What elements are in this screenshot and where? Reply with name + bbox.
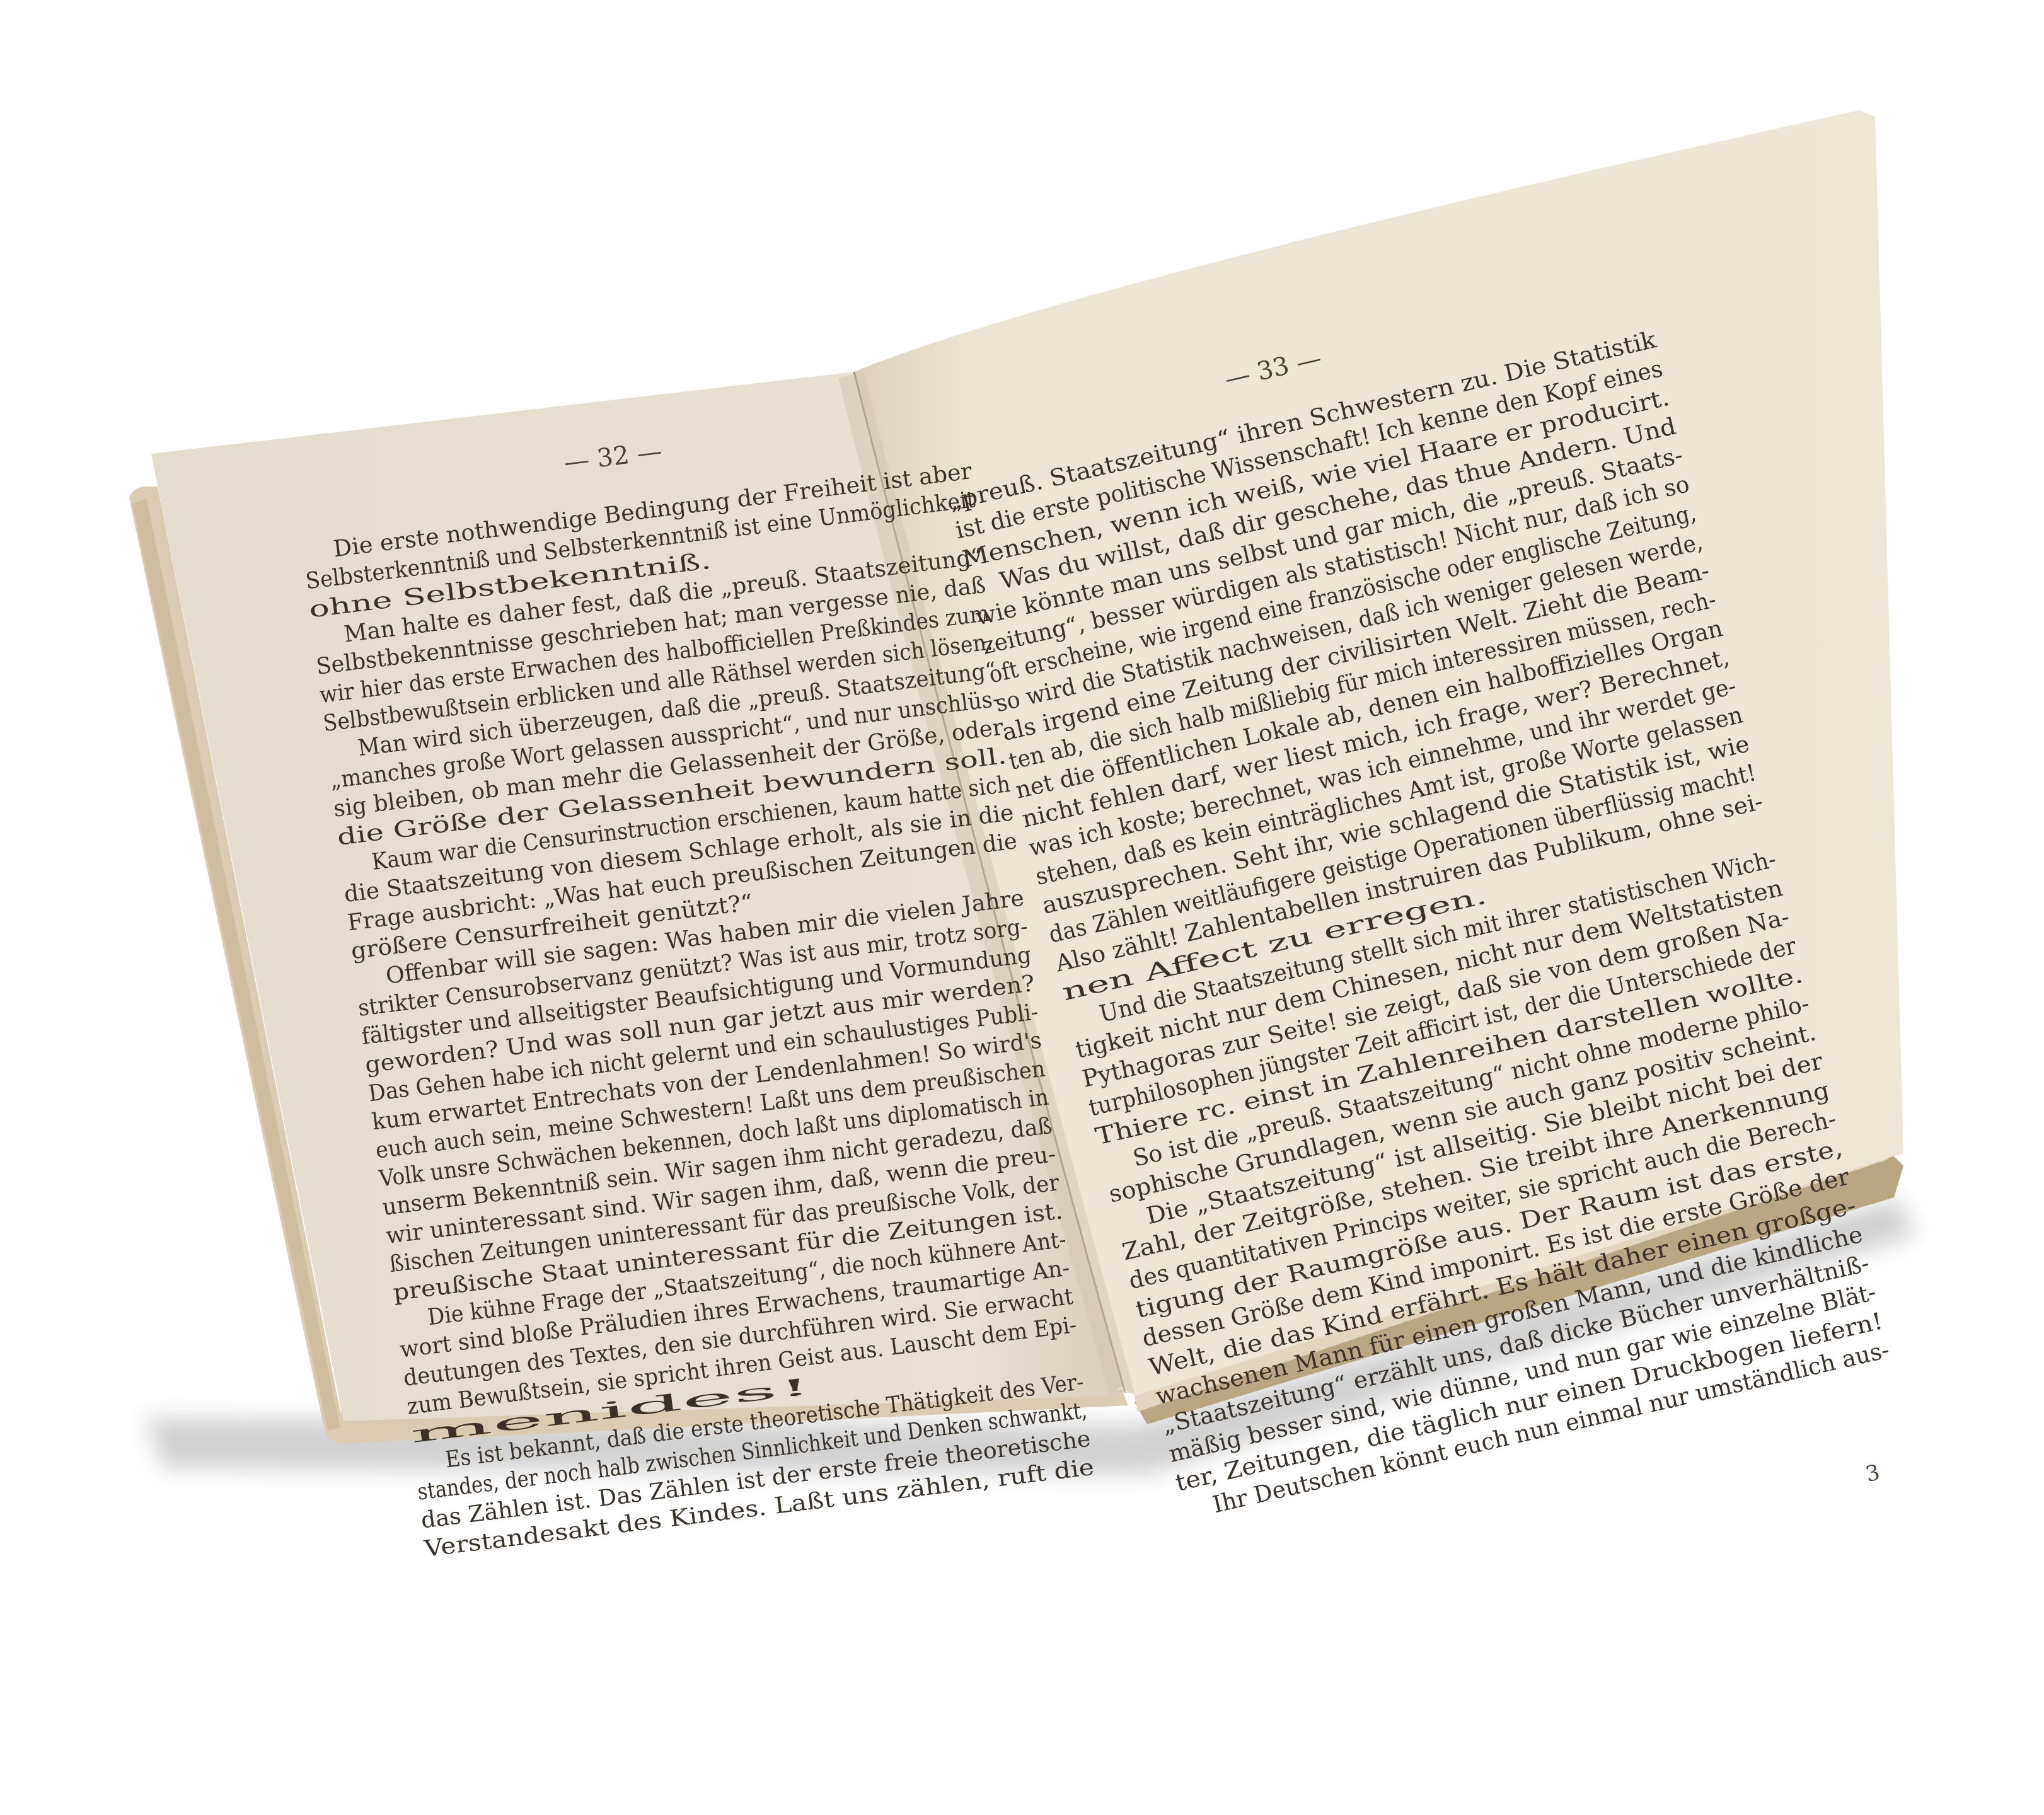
book-photo: — 32 — Die erste nothwendige Bedingung d… xyxy=(0,0,2044,1815)
signature-mark: 3 xyxy=(1863,1460,1882,1487)
